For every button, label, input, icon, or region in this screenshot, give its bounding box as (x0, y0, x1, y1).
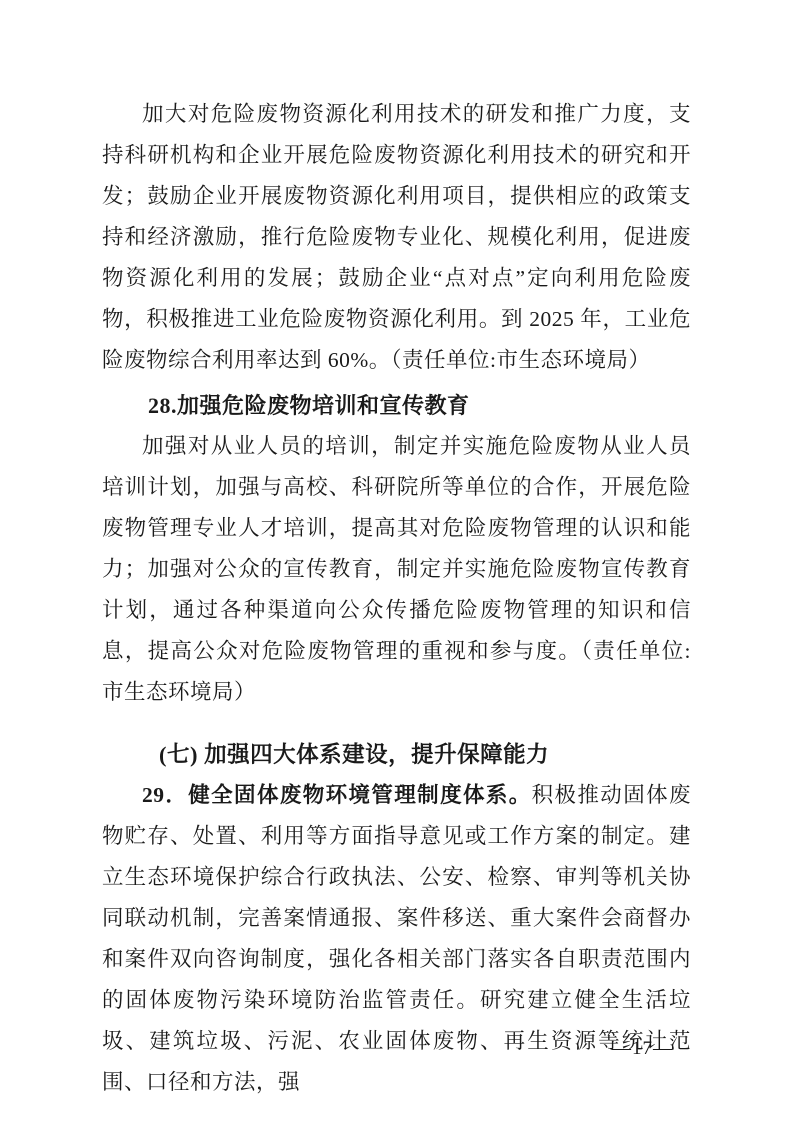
paragraph-item-29-lead: 29．健全固体废物环境管理制度体系。 (142, 783, 532, 807)
document-body: 加大对危险废物资源化利用技术的研发和推广力度，支持科研机构和企业开展危险废物资源… (102, 94, 691, 1103)
paragraph-item-29-body: 积极推动固体废物贮存、处置、利用等方面指导意见或工作方案的制定。建立生态环境保护… (102, 783, 691, 1094)
document-page: 加大对危险废物资源化利用技术的研发和推广力度，支持科研机构和企业开展危险废物资源… (0, 0, 793, 1122)
page-number: —17— (612, 1038, 673, 1060)
heading-section-7: (七) 加强四大体系建设，提升保障能力 (102, 734, 691, 775)
paragraph-resource-utilization: 加大对危险废物资源化利用技术的研发和推广力度，支持科研机构和企业开展危险废物资源… (102, 94, 691, 381)
paragraph-item-29: 29．健全固体废物环境管理制度体系。积极推动固体废物贮存、处置、利用等方面指导意… (102, 775, 691, 1103)
paragraph-item-28: 加强对从业人员的培训，制定并实施危险废物从业人员培训计划，加强与高校、科研院所等… (102, 426, 691, 713)
heading-item-28: 28.加强危险废物培训和宣传教育 (102, 385, 691, 426)
